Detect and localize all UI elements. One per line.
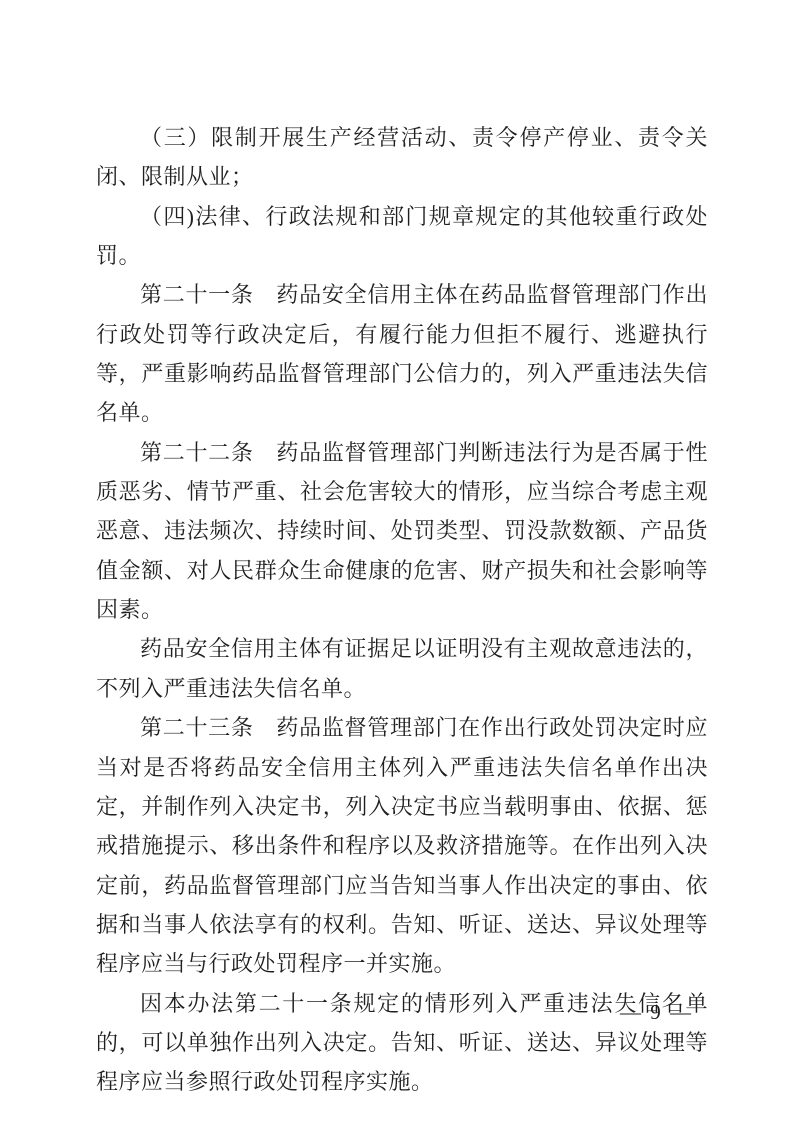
document-body: （三）限制开展生产经营活动、责令停产停业、责令关闭、限制从业； （四)法律、行政… bbox=[96, 118, 708, 1102]
article-23: 第二十三条 药品监督管理部门在作出行政处罚决定时应当对是否将药品安全信用主体列入… bbox=[96, 708, 708, 983]
article-22: 第二十二条 药品监督管理部门判断违法行为是否属于性质恶劣、情节严重、社会危害较大… bbox=[96, 433, 708, 630]
article-23-paragraph-2: 因本办法第二十一条规定的情形列入严重违法失信名单的，可以单独作出列入决定。告知、… bbox=[96, 984, 708, 1102]
article-22-paragraph-2: 药品安全信用主体有证据足以证明没有主观故意违法的，不列入严重违法失信名单。 bbox=[96, 629, 708, 708]
article-21: 第二十一条 药品安全信用主体在药品监督管理部门作出行政处罚等行政决定后，有履行能… bbox=[96, 275, 708, 432]
document-page: （三）限制开展生产经营活动、责令停产停业、责令关闭、限制从业； （四)法律、行政… bbox=[0, 0, 793, 1122]
clause-item-3: （三）限制开展生产经营活动、责令停产停业、责令关闭、限制从业； bbox=[96, 118, 708, 197]
clause-item-4: （四)法律、行政法规和部门规章规定的其他较重行政处罚。 bbox=[96, 197, 708, 276]
page-number: — 9 — bbox=[620, 1000, 693, 1025]
